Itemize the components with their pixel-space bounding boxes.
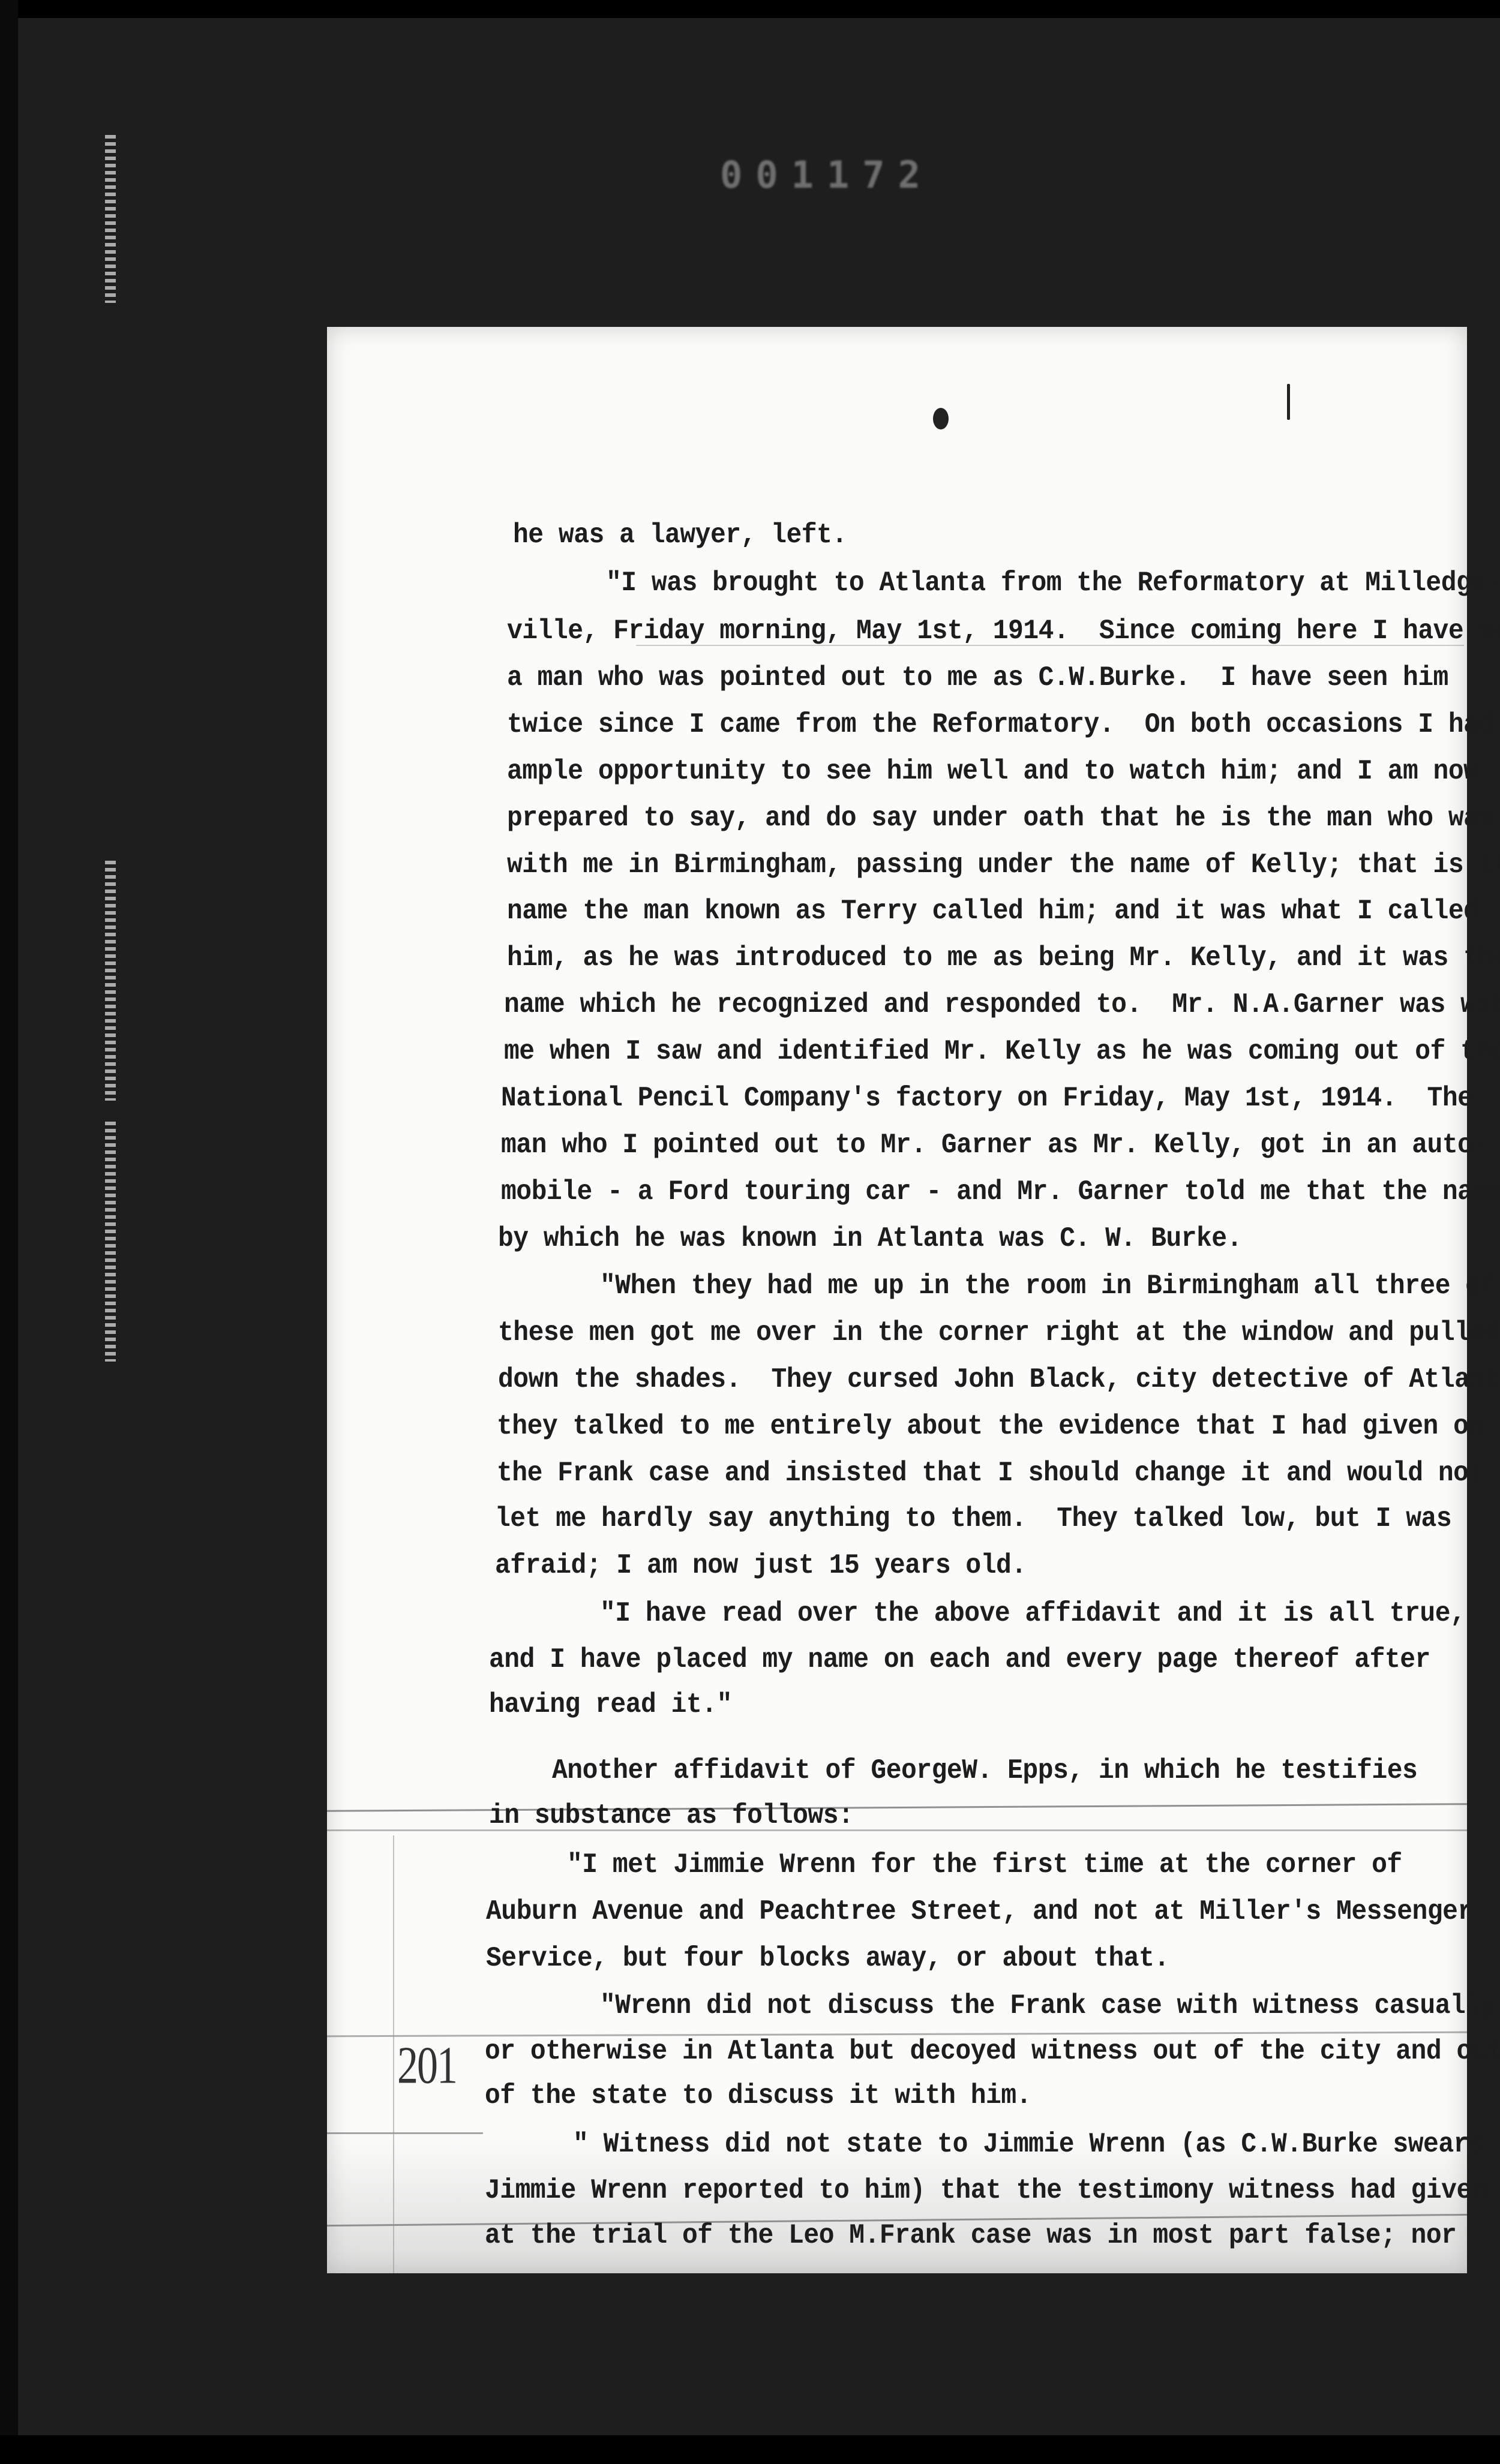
margin-line xyxy=(393,1835,394,2273)
text-line: "Wrenn did not discuss the Frank case wi… xyxy=(600,1990,1496,2021)
text-line: man who I pointed out to Mr. Garner as M… xyxy=(501,1129,1488,1161)
text-line: Service, but four blocks away, or about … xyxy=(486,1942,1169,1974)
text-line: of the state to discuss it with him. xyxy=(485,2080,1031,2111)
text-line: by which he was known in Atlanta was C. … xyxy=(498,1222,1242,1254)
text-line: ample opportunity to see him well and to… xyxy=(507,755,1478,787)
film-edge-marking xyxy=(105,861,116,1101)
text-line: at the trial of the Leo M.Frank case was… xyxy=(485,2219,1456,2251)
text-line: afraid; I am now just 15 years old. xyxy=(495,1549,1027,1581)
text-line: me when I saw and identified Mr. Kelly a… xyxy=(504,1035,1500,1067)
film-border-top xyxy=(0,0,1500,18)
ink-mark xyxy=(1287,384,1290,420)
text-line: having read it." xyxy=(489,1688,732,1720)
text-line: mobile - a Ford touring car - and Mr. Ga… xyxy=(501,1176,1500,1207)
scan-line xyxy=(327,2132,483,2134)
text-line: he was a lawyer, left. xyxy=(513,519,847,551)
film-edge-marking xyxy=(105,1122,116,1362)
text-line: the Frank case and insisted that I shoul… xyxy=(497,1457,1484,1489)
text-line: let me hardly say anything to them. They… xyxy=(495,1503,1451,1534)
text-line: Another affidavit of GeorgeW. Epps, in w… xyxy=(552,1754,1417,1786)
page-number: 201 xyxy=(397,2036,457,2096)
text-line: Auburn Avenue and Peachtree Street, and … xyxy=(486,1895,1473,1927)
film-border-bottom xyxy=(0,2435,1500,2464)
text-line: with me in Birmingham, passing under the… xyxy=(507,849,1500,881)
microfilm-frame-number: 001172 xyxy=(720,153,934,197)
ink-spot xyxy=(933,408,949,429)
text-line: Jimmie Wrenn reported to him) that the t… xyxy=(485,2174,1487,2206)
text-line: these men got me over in the corner righ… xyxy=(498,1317,1500,1348)
text-line: "I met Jimmie Wrenn for the first time a… xyxy=(567,1849,1402,1880)
text-line: they talked to me entirely about the evi… xyxy=(497,1410,1484,1442)
text-line: twice since I came from the Reformatory.… xyxy=(507,708,1494,740)
text-line: down the shades. They cursed John Black,… xyxy=(498,1363,1500,1395)
text-line: prepared to say, and do say under oath t… xyxy=(507,802,1494,834)
film-edge-marking xyxy=(105,135,116,303)
text-line: name which he recognized and responded t… xyxy=(504,988,1500,1020)
text-line: "I have read over the above affidavit an… xyxy=(600,1597,1465,1629)
text-line: " Witness did not state to Jimmie Wrenn … xyxy=(573,2128,1484,2160)
text-line: "When they had me up in the room in Birm… xyxy=(600,1270,1496,1302)
film-border-left xyxy=(0,0,18,2464)
text-line: "I was brought to Atlanta from the Refor… xyxy=(606,567,1500,599)
text-line: ville, Friday morning, May 1st, 1914. Si… xyxy=(507,615,1500,647)
text-line: in substance as follows: xyxy=(489,1799,853,1831)
text-line: him, as he was introduced to me as being… xyxy=(507,942,1500,973)
text-line: or otherwise in Atlanta but decoyed witn… xyxy=(485,2035,1500,2067)
text-line: National Pencil Company's factory on Fri… xyxy=(501,1082,1472,1114)
text-line: and I have placed my name on each and ev… xyxy=(489,1643,1430,1675)
text-line: a man who was pointed out to me as C.W.B… xyxy=(507,662,1448,693)
text-line: name the man known as Terry called him; … xyxy=(507,895,1478,927)
